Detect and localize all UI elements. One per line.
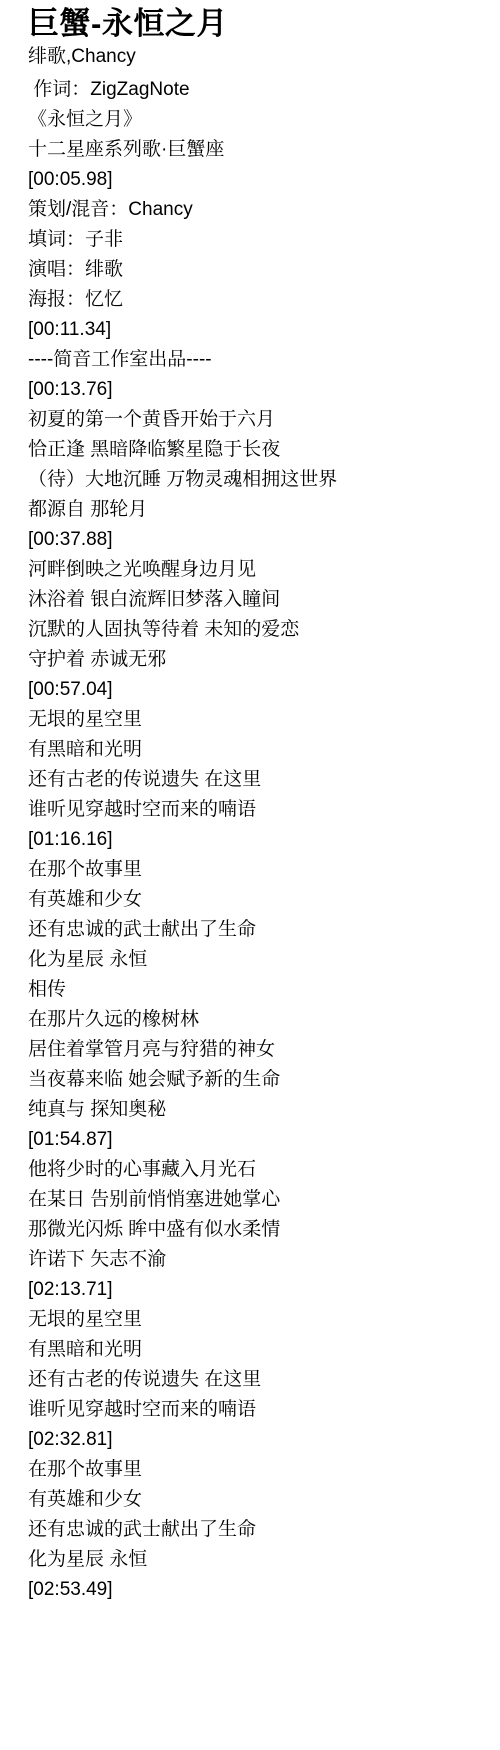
lyric-line: [00:13.76] (28, 375, 480, 405)
lyric-line: ----简音工作室出品---- (28, 345, 480, 375)
lyric-line: 十二星座系列歌·巨蟹座 (28, 135, 480, 165)
lyric-line: [02:53.49] (28, 1575, 480, 1605)
lyric-line: 还有古老的传说遗失 在这里 (28, 765, 480, 795)
lyric-line: [01:54.87] (28, 1125, 480, 1155)
lyric-line: 在那个故事里 (28, 1455, 480, 1485)
lyric-line: 无垠的星空里 (28, 705, 480, 735)
lyric-line: 当夜幕来临 她会赋予新的生命 (28, 1065, 480, 1095)
song-title: 巨蟹-永恒之月 (28, 4, 480, 44)
lyric-line: 许诺下 矢志不渝 (28, 1245, 480, 1275)
lyric-line: 守护着 赤诚无邪 (28, 645, 480, 675)
lyric-line: 还有忠诚的武士献出了生命 (28, 1515, 480, 1545)
lyric-line: 化为星辰 永恒 (28, 945, 480, 975)
lyric-line: 化为星辰 永恒 (28, 1545, 480, 1575)
lyric-line: [00:57.04] (28, 675, 480, 705)
lyric-line: 居住着掌管月亮与狩猎的神女 (28, 1035, 480, 1065)
lyric-line: 那微光闪烁 眸中盛有似水柔情 (28, 1215, 480, 1245)
lyrics-block: 作词：ZigZagNote《永恒之月》十二星座系列歌·巨蟹座[00:05.98]… (28, 75, 480, 1605)
lyric-line: 恰正逢 黑暗降临繁星隐于长夜 (28, 435, 480, 465)
lyric-line: 沐浴着 银白流辉旧梦落入瞳间 (28, 585, 480, 615)
lyric-line: 河畔倒映之光唤醒身边月见 (28, 555, 480, 585)
lyric-line: 填词：子非 (28, 225, 480, 255)
lyric-line: 还有古老的传说遗失 在这里 (28, 1365, 480, 1395)
lyric-line: [02:13.71] (28, 1275, 480, 1305)
lyric-line: 他将少时的心事藏入月光石 (28, 1155, 480, 1185)
lyric-line: 在那个故事里 (28, 855, 480, 885)
lyric-line: 有英雄和少女 (28, 885, 480, 915)
lyric-line: 都源自 那轮月 (28, 495, 480, 525)
lyric-line: 有黑暗和光明 (28, 735, 480, 765)
lyric-line: [00:11.34] (28, 315, 480, 345)
lyric-line: 沉默的人固执等待着 未知的爱恋 (28, 615, 480, 645)
lyric-line: 谁听见穿越时空而来的喃语 (28, 795, 480, 825)
artist-names: 绯歌,Chancy (28, 44, 480, 70)
lyric-line: [00:37.88] (28, 525, 480, 555)
lyric-line: 《永恒之月》 (28, 105, 480, 135)
lyric-line: 有黑暗和光明 (28, 1335, 480, 1365)
lyric-line: 海报：忆忆 (28, 285, 480, 315)
lyric-line: [02:32.81] (28, 1425, 480, 1455)
lyric-line: 在那片久远的橡树林 (28, 1005, 480, 1035)
lyric-line: 有英雄和少女 (28, 1485, 480, 1515)
lyric-line: （待）大地沉睡 万物灵魂相拥这世界 (28, 465, 480, 495)
lyric-line: 初夏的第一个黄昏开始于六月 (28, 405, 480, 435)
lyric-line: 在某日 告别前悄悄塞进她掌心 (28, 1185, 480, 1215)
lyric-line: [01:16.16] (28, 825, 480, 855)
lyric-line: 策划/混音：Chancy (28, 195, 480, 225)
lyric-line: 作词：ZigZagNote (28, 75, 480, 105)
lyric-line: 还有忠诚的武士献出了生命 (28, 915, 480, 945)
lyric-line: 纯真与 探知奥秘 (28, 1095, 480, 1125)
lyric-line: [00:05.98] (28, 165, 480, 195)
lyric-line: 演唱：绯歌 (28, 255, 480, 285)
lyric-line: 谁听见穿越时空而来的喃语 (28, 1395, 480, 1425)
lyrics-page: 巨蟹-永恒之月 绯歌,Chancy 作词：ZigZagNote《永恒之月》十二星… (0, 0, 500, 1605)
lyric-line: 相传 (28, 975, 480, 1005)
lyric-line: 无垠的星空里 (28, 1305, 480, 1335)
